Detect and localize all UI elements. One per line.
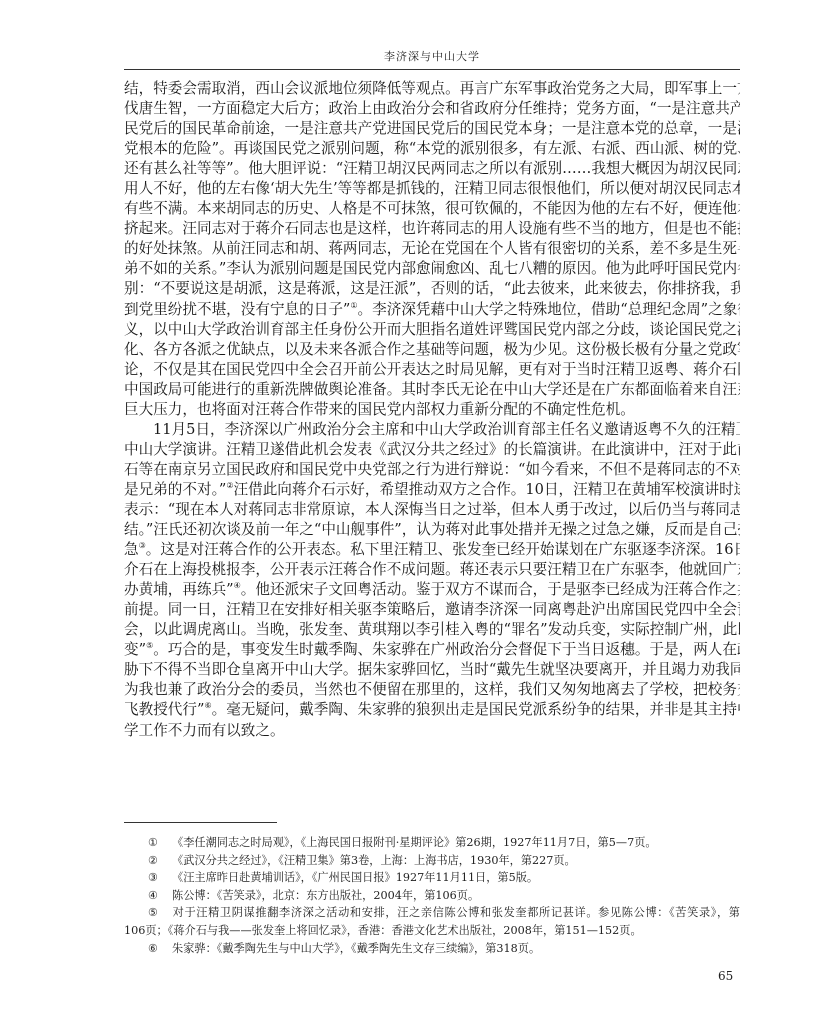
text-line: 表示：“现在本人对蒋同志非常原谅，本人深悔当日之过举，但本人勇于改过，以后仍当与…	[124, 500, 740, 520]
text-line: 为我也兼了政治分会的委员，当然也不便留在那里的，这样，我们又匆匆地离去了学校，把…	[124, 680, 740, 700]
line-head: 是兄弟的不对。”	[124, 481, 226, 498]
text-line: 别：“不要说这是胡派，这是蒋派，这是汪派”，否则的话，“此去彼来，此来彼去，你排…	[124, 279, 740, 299]
text-line: 党根本的危险”。再谈国民党之派别问题，称“本党的派别很多，有左派、右派、西山派、…	[124, 139, 740, 159]
text-line: 介石在上海投桃报李，公开表示汪蒋合作不成问题。蒋还表示只要汪精卫在广东驱李，他就…	[124, 560, 740, 580]
footnote-number: ③	[124, 869, 172, 887]
text-line: 的好处抹煞。从前汪同志和胡、蒋两同志，无论在党国在个人皆有很密切的关系，差不多是…	[124, 239, 740, 259]
footnote-5-continuation: 106页；《蒋介石与我——张发奎上将回忆录》，香港：香港文化艺术出版社，2008…	[124, 922, 740, 940]
footnote-3: ③《汪主席昨日赴黄埔训话》，《广州民国日报》1927年11月11日，第5版。	[124, 869, 740, 887]
line-head: 办黄埔，再练兵”	[124, 581, 234, 598]
text-line: 有些不满。本来胡同志的历史、人格是不可抹煞，很可钦佩的，不能因为他的左右不好，便…	[124, 199, 740, 219]
footnote-number: ⑥	[124, 940, 172, 958]
line-tail: 。他还派宋子文回粤活动。鉴于双方不谋而合，于是驱李已经成为汪蒋合作之共识和	[241, 581, 740, 598]
footnote-ref-4[interactable]: ④	[234, 581, 241, 590]
line-tail: 。毫无疑问，戴季陶、朱家骅的狼狈出走是国民党派系纷争的结果，并非是其主持中山大	[212, 701, 740, 718]
text-line: 用人不好，他的左右像‘胡大先生’等等都是抓钱的，汪精卫同志很恨他们，所以便对胡汉…	[124, 179, 740, 199]
footnote-1: ①《李任潮同志之时局观》，《上海民国日报附刊·星期评论》第26期，1927年11…	[124, 834, 740, 852]
footnote-2: ②《武汉分共之经过》，《汪精卫集》第3卷，上海：上海书店，1930年，第227页…	[124, 852, 740, 870]
text-line: 飞教授代行”⑥。毫无疑问，戴季陶、朱家骅的狼狈出走是国民党派系纷争的结果，并非是…	[124, 700, 740, 720]
text-line: 中山大学演讲。汪精卫遂借此机会发表《武汉分共之经过》的长篇演讲。在此演讲中，汪对…	[124, 440, 740, 460]
footnote-ref-6[interactable]: ⑥	[204, 701, 211, 710]
text-line: 11月5日，李济深以广州政治分会主席和中山大学政治训育部主任名义邀请返粤不久的汪…	[124, 420, 740, 440]
footnote-separator	[124, 822, 277, 823]
footnote-ref-2[interactable]: ②	[226, 481, 233, 490]
text-line: 到党里纷扰不堪，没有宁息的日子”①。李济深凭藉中山大学之特殊地位，借助“总理纪念…	[124, 300, 740, 320]
footnote-text: 陈公博：《苦笑录》，北京：东方出版社，2004年，第106页。	[172, 889, 479, 902]
text-line: 胁下不得不当即仓皇离开中山大学。据朱家骅回忆，当时“戴先生就坚决要离开，并且竭力…	[124, 660, 740, 680]
text-line: 办黄埔，再练兵”④。他还派宋子文回粤活动。鉴于双方不谋而合，于是驱李已经成为汪蒋…	[124, 580, 740, 600]
text-line: 石等在南京另立国民政府和国民党中央党部之行为进行辩说：“如今看来，不但不是蒋同志…	[124, 460, 740, 480]
text-line: 急③。这是对汪蒋合作的公开表态。私下里汪精卫、张发奎已经开始谋划在广东驱逐李济深…	[124, 540, 740, 560]
footnote-text: 对于汪精卫阴谋推翻李济深之活动和安排，汪之亲信陈公博和张发奎都所记甚详。参见陈公…	[172, 906, 740, 919]
footnote-6: ⑥朱家骅：《戴季陶先生与中山大学》，《戴季陶先生文存三续编》，第318页。	[124, 940, 740, 958]
footnote-number: ⑤	[124, 904, 172, 922]
text-line: 义，以中山大学政治训育部主任身份公开而大胆指名道姓评骘国民党内部之分歧，谈论国民…	[124, 320, 740, 340]
footnote-ref-1[interactable]: ①	[350, 301, 357, 310]
footnote-text: 《李任潮同志之时局观》，《上海民国日报附刊·星期评论》第26期，1927年11月…	[172, 836, 657, 849]
line-tail: 。李济深凭藉中山大学之特殊地位，借助“总理纪念周”之象征意	[358, 301, 740, 318]
text-line: 伐唐生智，一方面稳定大后方；政治上由政治分会和省政府分任维持；党务方面，“一是注…	[124, 99, 740, 119]
text-line: 结，特委会需取消，西山会议派地位须降低等观点。再言广东军事政治党务之大局，即军事…	[124, 79, 740, 99]
footnote-5: ⑤对于汪精卫阴谋推翻李济深之活动和安排，汪之亲信陈公博和张发奎都所记甚详。参见陈…	[124, 904, 740, 922]
text-line: 结。”汪氏还初次谈及前一年之“中山舰事件”，认为蒋对此事处措并无操之过急之嫌，反…	[124, 520, 740, 540]
footnote-number: ①	[124, 834, 172, 852]
text-line: 中国政局可能进行的重新洗牌做舆论准备。其时李氏无论在中山大学还是在广东都面临着来…	[124, 380, 740, 400]
footnote-text: 朱家骅：《戴季陶先生与中山大学》，《戴季陶先生文存三续编》，第318页。	[172, 942, 540, 955]
text-line: 学工作不力而有以致之。	[124, 721, 740, 741]
text-line: 论，不仅是其在国民党四中全会召开前公开表达之时局见解，更有对于当时汪精卫返粤、蒋…	[124, 360, 740, 380]
text-line: 弟不如的关系。”李认为派别问题是国民党内部愈闹愈凶、乱七八糟的原因。他为此呼吁国…	[124, 259, 740, 279]
footnotes: ①《李任潮同志之时局观》，《上海民国日报附刊·星期评论》第26期，1927年11…	[124, 834, 740, 957]
header-rule	[124, 69, 740, 70]
footnote-number: ④	[124, 887, 172, 905]
text-line: 挤起来。汪同志对于蒋介石同志也是这样，也许蒋同志的用人设施有些不当的地方，但是也…	[124, 219, 740, 239]
footnote-number: ②	[124, 852, 172, 870]
text-line: 是兄弟的不对。”②汪借此向蒋介石示好，希望推动双方之合作。10日，汪精卫在黄埔军…	[124, 480, 740, 500]
line-tail: 。巧合的是，事变发生时戴季陶、朱家骅在广州政治分会督促下于当日返穗。于是，两人在…	[153, 641, 740, 658]
line-head: 到党里纷扰不堪，没有宁息的日子”	[124, 301, 350, 318]
line-tail: 汪借此向蒋介石示好，希望推动双方之合作。10日，汪精卫在黄埔军校演讲时进一步	[234, 481, 741, 498]
running-title: 李济深与中山大学	[124, 48, 740, 64]
footnote-4: ④陈公博：《苦笑录》，北京：东方出版社，2004年，第106页。	[124, 887, 740, 905]
line-head: 飞教授代行”	[124, 701, 204, 718]
line-tail: 。这是对汪蒋合作的公开表态。私下里汪精卫、张发奎已经开始谋划在广东驱逐李济深。1…	[146, 541, 740, 558]
footnote-text: 《汪主席昨日赴黄埔训话》，《广州民国日报》1927年11月11日，第5版。	[172, 871, 538, 884]
text-line: 还有甚么社等等”。他大胆评说：“汪精卫胡汉民两同志之所以有派别……我想大概因为胡…	[124, 159, 740, 179]
text-line: 民党后的国民革命前途，一是注意共产党进国民党后的国民党本身；一是注意本党的总章，…	[124, 119, 740, 139]
text-line: 前提。同一日，汪精卫在安排好相关驱李策略后，邀请李济深一同离粤赴沪出席国民党四中…	[124, 600, 740, 620]
footnote-text: 《武汉分共之经过》，《汪精卫集》第3卷，上海：上海书店，1930年，第227页。	[172, 854, 576, 867]
text-line: 变”⑤。巧合的是，事变发生时戴季陶、朱家骅在广州政治分会督促下于当日返穗。于是，…	[124, 640, 740, 660]
text-line: 会，以此调虎离山。当晚，张发奎、黄琪翔以李引桂入粤的“罪名”发动兵变，实际控制广…	[124, 620, 740, 640]
line-head: 变”	[124, 641, 146, 658]
text-line: 化、各方各派之优缺点，以及未来各派合作之基础等问题，极为少见。这份极长极有分量之…	[124, 340, 740, 360]
text-line: 巨大压力，也将面对汪蒋合作带来的国民党内部权力重新分配的不确定性危机。	[124, 400, 740, 420]
line-head: 急	[124, 541, 139, 558]
footnote-ref-3[interactable]: ③	[139, 541, 146, 550]
page-number: 65	[718, 969, 733, 983]
body-text: 结，特委会需取消，西山会议派地位须降低等观点。再言广东军事政治党务之大局，即军事…	[124, 79, 740, 741]
